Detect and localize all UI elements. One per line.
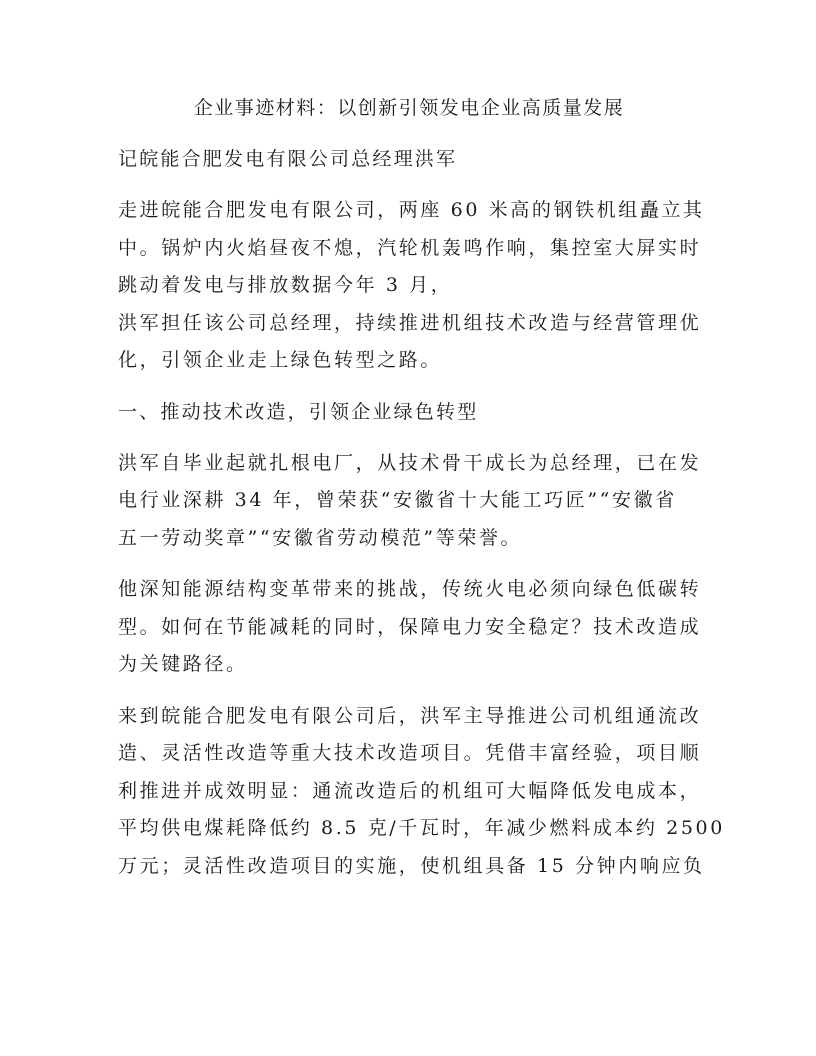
paragraph-line: 来到皖能合肥发电有限公司后，洪军主导推进公司机组通流改 — [118, 698, 700, 736]
paragraph-line: 化，引领企业走上绿色转型之路。 — [118, 342, 700, 380]
paragraph-line: 洪军自毕业起就扎根电厂，从技术骨干成长为总经理，已在发 — [118, 445, 700, 483]
paragraph-line: 为关键路径。 — [118, 646, 700, 684]
document-title: 企业事迹材料：以创新引领发电企业高质量发展 — [118, 90, 700, 127]
career-paragraph: 洪军自毕业起就扎根电厂，从技术骨干成长为总经理，已在发 电行业深耕 34 年，曾… — [118, 445, 700, 558]
paragraph-line: 跳动着发电与排放数据今年 3 月， — [118, 267, 700, 305]
document-page: 企业事迹材料：以创新引领发电企业高质量发展 记皖能合肥发电有限公司总经理洪军 走… — [118, 90, 700, 899]
paragraph-line: 平均供电煤耗降低约 8.5 克/千瓦时，年减少燃料成本约 2500 — [118, 810, 700, 848]
document-subtitle: 记皖能合肥发电有限公司总经理洪军 — [118, 141, 700, 178]
paragraph-line: 万元；灵活性改造项目的实施，使机组具备 15 分钟内响应负 — [118, 848, 700, 886]
challenge-paragraph: 他深知能源结构变革带来的挑战，传统火电必须向绿色低碳转 型。如何在节能减耗的同时… — [118, 571, 700, 684]
paragraph-line: 他深知能源结构变革带来的挑战，传统火电必须向绿色低碳转 — [118, 571, 700, 609]
retrofit-paragraph: 来到皖能合肥发电有限公司后，洪军主导推进公司机组通流改 造、灵活性改造等重大技术… — [118, 698, 700, 886]
paragraph-line: 五一劳动奖章”“安徽省劳动模范”等荣誉。 — [118, 520, 700, 558]
paragraph-line: 电行业深耕 34 年，曾荣获“安徽省十大能工巧匠”“安徽省 — [118, 482, 700, 520]
section-heading: 一、推动技术改造，引领企业绿色转型 — [118, 394, 700, 431]
paragraph-line: 型。如何在节能减耗的同时，保障电力安全稳定？技术改造成 — [118, 609, 700, 647]
paragraph-line: 走进皖能合肥发电有限公司，两座 60 米高的钢铁机组矗立其 — [118, 192, 700, 230]
paragraph-line: 造、灵活性改造等重大技术改造项目。凭借丰富经验，项目顺 — [118, 735, 700, 773]
paragraph-line: 中。锅炉内火焰昼夜不熄，汽轮机轰鸣作响，集控室大屏实时 — [118, 230, 700, 268]
paragraph-line: 利推进并成效明显：通流改造后的机组可大幅降低发电成本， — [118, 773, 700, 811]
paragraph-line: 洪军担任该公司总经理，持续推进机组技术改造与经营管理优 — [118, 305, 700, 343]
intro-paragraph: 走进皖能合肥发电有限公司，两座 60 米高的钢铁机组矗立其 中。锅炉内火焰昼夜不… — [118, 192, 700, 380]
